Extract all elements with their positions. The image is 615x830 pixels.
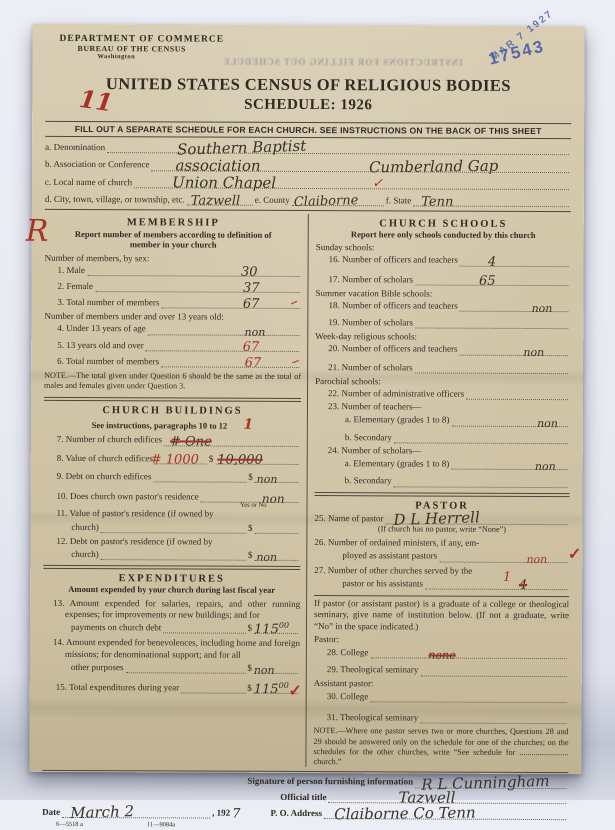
q7-value: # One <box>170 435 212 448</box>
field-church-name: c. Local name of church Union Chapel ✓ <box>45 176 571 190</box>
q9-value: non <box>257 474 278 485</box>
q28-value: none <box>428 650 455 661</box>
q28-label: 28. College <box>327 647 369 658</box>
weekday-schools-label: Week-day religious schools: <box>315 331 570 342</box>
footer-section: Signature of person furnishing informati… <box>42 775 568 800</box>
q2-line: 37 <box>95 281 300 293</box>
left-column: MEMBERSHIP Report number of members acco… <box>42 213 308 767</box>
q14-dots <box>126 662 246 674</box>
q13-amount: 115 <box>254 622 279 637</box>
q18-row: 18. Number of officers and teachers non <box>315 300 570 312</box>
right-column: CHURCH SCHOOLS Report here only schools … <box>306 214 570 768</box>
bleedthrough-text: INSTRUCTIONS FOR FILLING OUT SCHEDULE <box>182 56 502 67</box>
signature-line: R L Cunningham <box>415 777 566 789</box>
q25-label: 25. Name of pastor <box>315 513 384 525</box>
signature-row: Signature of person furnishing informati… <box>247 776 568 789</box>
q9-label: 9. Debt on church edifices <box>57 471 152 483</box>
q28-row: 28. College none <box>314 647 569 659</box>
q8-red-value: # 1000 <box>151 453 199 466</box>
q8-label: 8. Value of church edifices <box>57 453 153 465</box>
official-title-row: Official title Tazwell <box>280 791 568 800</box>
q3-row: 3. Total number of members 67 – <box>44 297 301 309</box>
q22-label: 22. Number of administrative officers <box>328 388 464 400</box>
q22-row: 22. Number of administrative officers <box>315 388 570 400</box>
q11-label2: church) <box>71 522 99 533</box>
q3-red-mark: – <box>286 292 301 313</box>
q12-line: non <box>254 550 298 561</box>
q30-row: 30. College <box>314 691 569 703</box>
q27-label1: 27. Number of other churches served by t… <box>314 565 569 577</box>
q4-line: non <box>148 324 300 336</box>
q16-label: 16. Number of officers and teachers <box>329 254 458 266</box>
q11-dollar: $ <box>248 522 253 533</box>
q27-value: 4 <box>519 579 527 592</box>
association-value-2: Cumberland Gap <box>369 158 498 175</box>
q3-value: 67 <box>243 298 260 311</box>
q24a-value: non <box>535 461 556 472</box>
q23b-row: b. Secondary <box>315 432 570 444</box>
q15-label: 15. Total expenditures during year <box>56 682 179 694</box>
city-label: d. City, town, village, or township, etc… <box>45 194 185 206</box>
q18-value: non <box>532 303 553 314</box>
q5-line: 67 <box>146 340 300 352</box>
q31-row: 31. Theological seminary <box>314 712 569 724</box>
q19-line <box>415 318 568 330</box>
q21-label: 21. Number of scholars <box>328 362 413 374</box>
q26-label2: ployed as assistant pastors <box>342 550 437 562</box>
q8-red-line: # 1000 <box>155 453 207 464</box>
divider-graduate <box>314 595 569 597</box>
divider-buildings <box>44 396 301 401</box>
q8-row: 8. Value of church edifices # 1000 $ 10,… <box>44 453 301 465</box>
q6-red-mark: – <box>288 350 302 371</box>
q6-line: 67 – <box>161 356 299 368</box>
banner-instruction: FILL OUT A SEPARATE SCHEDULE FOR EACH CH… <box>45 121 571 139</box>
q27-red-one: 1 <box>503 570 511 585</box>
q29-row: 29. Theological seminary <box>314 664 569 676</box>
q29-label: 29. Theological seminary <box>327 664 419 676</box>
q26-row: 26. Number of ordained ministers, if any… <box>314 537 569 563</box>
graduate-note: If pastor (or assistant pastor) is a gra… <box>314 598 569 633</box>
buildings-red-one: 1 <box>243 416 253 432</box>
q15-red-check: ✓ <box>288 681 301 701</box>
q11-line <box>254 523 298 534</box>
q10-label: 10. Does church own pastor's residence <box>57 491 199 503</box>
q8-line: 10,000 <box>215 454 299 465</box>
identity-section: a. Denomination Southern Baptist b. Asso… <box>45 142 571 207</box>
q31-line <box>420 713 566 725</box>
church-name-label: c. Local name of church <box>45 176 132 188</box>
q15-amount: 115 <box>254 682 279 697</box>
form-subtitle: SCHEDULE: 1926 <box>45 96 571 115</box>
q24a-line: non <box>451 459 568 471</box>
q13-dots <box>163 623 245 634</box>
q11-dots <box>101 522 246 534</box>
association-value: association <box>175 158 260 173</box>
q6-value: 67 <box>245 357 262 370</box>
q26-row2: ployed as assistant pastors non ✓ <box>314 550 569 562</box>
q14-label2: other purposes <box>71 662 124 673</box>
city-value: Tazwell <box>191 194 240 207</box>
q1-row: 1. Male 30 <box>45 264 302 276</box>
q11-row2: church) $ <box>43 522 300 534</box>
pastor-note: NOTE.—Where one pastor serves two or mor… <box>313 726 568 768</box>
q23a-value: non <box>537 418 558 429</box>
q13-value: 11500 <box>254 622 289 636</box>
red-annotation-r: R <box>26 214 49 249</box>
q19-label: 19. Number of scholars <box>328 317 413 329</box>
q20-label: 20. Number of officers and teachers <box>328 343 457 355</box>
received-stamp: MAR 7 1927 17543 <box>484 21 565 69</box>
q3-line: 67 – <box>161 298 299 310</box>
q23-label: 23. Number of teachers— <box>315 401 570 413</box>
q2-value: 37 <box>243 282 260 295</box>
field-city-county-state: d. City, town, village, or township, etc… <box>45 194 571 208</box>
state-label: f. State <box>386 195 412 206</box>
q2-row: 2. Female 37 <box>44 281 301 293</box>
q1-label: 1. Male <box>58 265 86 276</box>
q16-line: 4 <box>460 255 569 266</box>
q23b-line <box>394 432 568 444</box>
q6-row: 6. Total number of members 67 – <box>44 356 301 368</box>
q27-row2: pastor or his assistants 1 4 <box>314 578 569 590</box>
q9-line: non <box>255 472 299 483</box>
field-denomination: a. Denomination Southern Baptist <box>45 142 571 156</box>
city-line: Tazwell <box>187 194 253 205</box>
association-label: b. Association or Conference <box>45 159 150 171</box>
q16-row: 16. Number of officers and teachers 4 <box>316 254 571 266</box>
q21-line <box>415 362 568 374</box>
q1-line: 30 <box>87 265 300 277</box>
q26-red-check: ✓ <box>568 544 581 564</box>
sunday-schools-label: Sunday schools: <box>316 242 571 253</box>
q9-dots <box>153 472 246 483</box>
q4-label: 4. Under 13 years of age <box>57 323 146 335</box>
q12-label1: 12. Debt on pastor's residence (if owned… <box>43 536 300 548</box>
denomination-line: Southern Baptist <box>107 142 569 155</box>
q9-dollar: $ <box>248 472 253 483</box>
q27-row: 27. Number of other churches served by t… <box>314 565 569 591</box>
q15-dots <box>181 683 245 694</box>
q12-dollar: $ <box>248 550 253 561</box>
q15-value: 11500 <box>254 682 289 696</box>
q20-line: non <box>460 344 569 355</box>
q26-label1: 26. Number of ordained ministers, if any… <box>314 537 569 549</box>
red-annotation-11: 11 <box>77 84 114 117</box>
q12-row: 12. Debt on pastor's residence (if owned… <box>43 536 300 562</box>
q5-value: 67 <box>243 341 260 354</box>
q15-line: 11500 ✓ <box>254 683 298 694</box>
q20-row: 20. Number of officers and teachers non <box>315 343 570 355</box>
divider-expenditures <box>43 565 300 570</box>
bible-schools-label: Summer vacation Bible schools: <box>315 288 570 299</box>
q7-label: 7. Number of church edifices <box>57 434 162 446</box>
county-value: Claiborne <box>294 194 359 209</box>
q17-label: 17. Number of scholars <box>329 274 414 286</box>
q21-row: 21. Number of scholars <box>315 362 570 374</box>
q23a-line: non <box>451 415 568 427</box>
q24a-label: a. Elementary (grades 1 to 8) <box>345 458 450 470</box>
q13-line: 11500 <box>254 623 298 634</box>
divider-pastor <box>315 492 570 497</box>
q23b-label: b. Secondary <box>345 432 392 443</box>
field-association: b. Association or Conference association… <box>45 159 571 173</box>
official-title-line: Tazwell <box>328 792 566 800</box>
q12-dots <box>101 550 246 562</box>
q24-label: 24. Number of scholars— <box>315 445 570 457</box>
q10-line: non <box>201 492 299 503</box>
church-name-value: Union Chapel <box>172 175 276 190</box>
official-title-value: Tazwell <box>398 790 455 800</box>
state-value: Tenn <box>421 195 453 208</box>
q27-label2: pastor or his assistants <box>342 578 423 590</box>
q20-value: non <box>523 347 544 358</box>
q7-row: 7. Number of church edifices # One <box>44 434 301 446</box>
q13-cents: 00 <box>279 621 289 630</box>
q16-value: 4 <box>488 255 496 268</box>
membership-subtitle: Report number of members according to de… <box>60 229 286 251</box>
q18-line: non <box>460 301 569 312</box>
q25-value: D L Herrell <box>393 510 480 528</box>
q30-label: 30. College <box>327 691 369 702</box>
pastor-sub-label: Pastor: <box>314 634 569 646</box>
q6-label: 6. Total number of members <box>57 356 159 368</box>
members-by-age-label: Number of members under and over 13 year… <box>44 311 301 322</box>
membership-title: MEMBERSHIP <box>45 217 302 229</box>
q28-line: none <box>370 648 566 660</box>
census-form-paper: INSTRUCTIONS FOR FILLING OUT SCHEDULE DE… <box>29 24 584 774</box>
schools-subtitle: Report here only schools conducted by th… <box>316 229 571 240</box>
buildings-subtitle-text: See instructions, paragraphs 10 to 12 <box>92 420 228 431</box>
q30-line <box>370 691 566 703</box>
q17-row: 17. Number of scholars 65 <box>316 274 571 286</box>
q31-label: 31. Theological seminary <box>327 712 419 724</box>
q3-label: 3. Total number of members <box>57 297 159 309</box>
q26-value: non <box>526 554 547 565</box>
q7-line: # One <box>164 435 299 447</box>
q13-row2: payments on church debt $ 11500 <box>43 622 300 634</box>
red-check-county: ✓ <box>372 176 383 191</box>
q15-cents: 00 <box>279 681 289 690</box>
q14-line: non <box>254 663 298 674</box>
q8-dollar: $ <box>209 453 214 464</box>
q2-label: 2. Female <box>57 281 93 292</box>
q15-dollar: $ <box>247 683 252 694</box>
assistant-pastor-label: Assistant pastor: <box>314 678 569 690</box>
form-title: UNITED STATES CENSUS OF RELIGIOUS BODIES <box>45 74 571 96</box>
state-line: Tenn <box>413 195 569 207</box>
q12-value: non <box>256 552 277 563</box>
q14-row: 14. Amount expended for benevolences, in… <box>43 637 300 674</box>
q12-label2: church) <box>71 549 99 560</box>
expenditures-subtitle: Amount expended by your church during la… <box>43 584 300 595</box>
q5-label: 5. 13 years old and over <box>57 340 144 352</box>
q10-value: non <box>262 493 285 505</box>
q23a-row: a. Elementary (grades 1 to 8) non <box>315 414 570 426</box>
q1-value: 30 <box>241 266 258 279</box>
official-title-label: Official title <box>280 791 326 800</box>
q15-row: 15. Total expenditures during year $ 115… <box>43 682 300 694</box>
q13-label1: 13. Amount expended for salaries, repair… <box>43 598 300 622</box>
q25-row: 25. Name of pastor D L Herrell <box>315 513 570 525</box>
membership-note: NOTE.—The total given under Question 6 s… <box>44 371 301 393</box>
county-label: e. County <box>255 195 290 206</box>
church-name-line: Union Chapel ✓ <box>134 177 569 190</box>
q11-row: 11. Value of pastor's residence (if owne… <box>43 508 300 534</box>
q24a-row: a. Elementary (grades 1 to 8) non <box>315 458 570 470</box>
q23a-label: a. Elementary (grades 1 to 8) <box>345 414 450 426</box>
q25-line: D L Herrell <box>385 513 567 525</box>
q4-row: 4. Under 13 years of age non <box>44 323 301 335</box>
q5-row: 5. 13 years old and over 67 <box>44 339 301 351</box>
denomination-label: a. Denomination <box>45 142 105 154</box>
q14-row2: other purposes $ non <box>43 662 300 674</box>
q8-struck-value: 10,000 <box>217 454 263 467</box>
q12-row2: church) $ non <box>43 549 300 561</box>
county-line: Claiborne <box>292 195 384 206</box>
q19-row: 19. Number of scholars <box>315 317 570 329</box>
q24b-label: b. Secondary <box>345 475 392 486</box>
parochial-schools-label: Parochial schools: <box>315 376 570 387</box>
q13-label2: payments on church debt <box>71 622 161 634</box>
q29-line <box>420 665 566 677</box>
q22-line <box>466 389 568 400</box>
q26-line: non ✓ <box>439 551 567 563</box>
q11-label1: 11. Value of pastor's residence (if owne… <box>43 508 300 520</box>
q9-row: 9. Debt on church edifices $ non <box>44 471 301 483</box>
signature-label: Signature of person furnishing informati… <box>247 776 413 788</box>
q17-line: 65 <box>415 274 568 286</box>
q13-row: 13. Amount expended for salaries, repair… <box>43 598 300 635</box>
q17-value: 65 <box>479 275 496 288</box>
q24b-row: b. Secondary <box>315 475 570 487</box>
association-line: association Cumberland Gap <box>151 160 569 173</box>
q14-label1: 14. Amount expended for benevolences, in… <box>43 637 300 661</box>
q10-row: 10. Does church own pastor's residence n… <box>44 491 301 503</box>
q13-dollar: $ <box>248 623 253 634</box>
q14-value: non <box>254 665 275 676</box>
q18-label: 18. Number of officers and teachers <box>328 300 457 312</box>
q27-line: 1 4 <box>425 579 567 591</box>
buildings-subtitle: See instructions, paragraphs 10 to 12 1 <box>44 415 301 433</box>
q4-value: non <box>245 326 266 337</box>
q14-dollar: $ <box>247 663 252 674</box>
members-by-sex-label: Number of members, by sex: <box>45 252 302 263</box>
q24b-line <box>394 476 568 488</box>
denomination-value: Southern Baptist <box>177 139 307 158</box>
